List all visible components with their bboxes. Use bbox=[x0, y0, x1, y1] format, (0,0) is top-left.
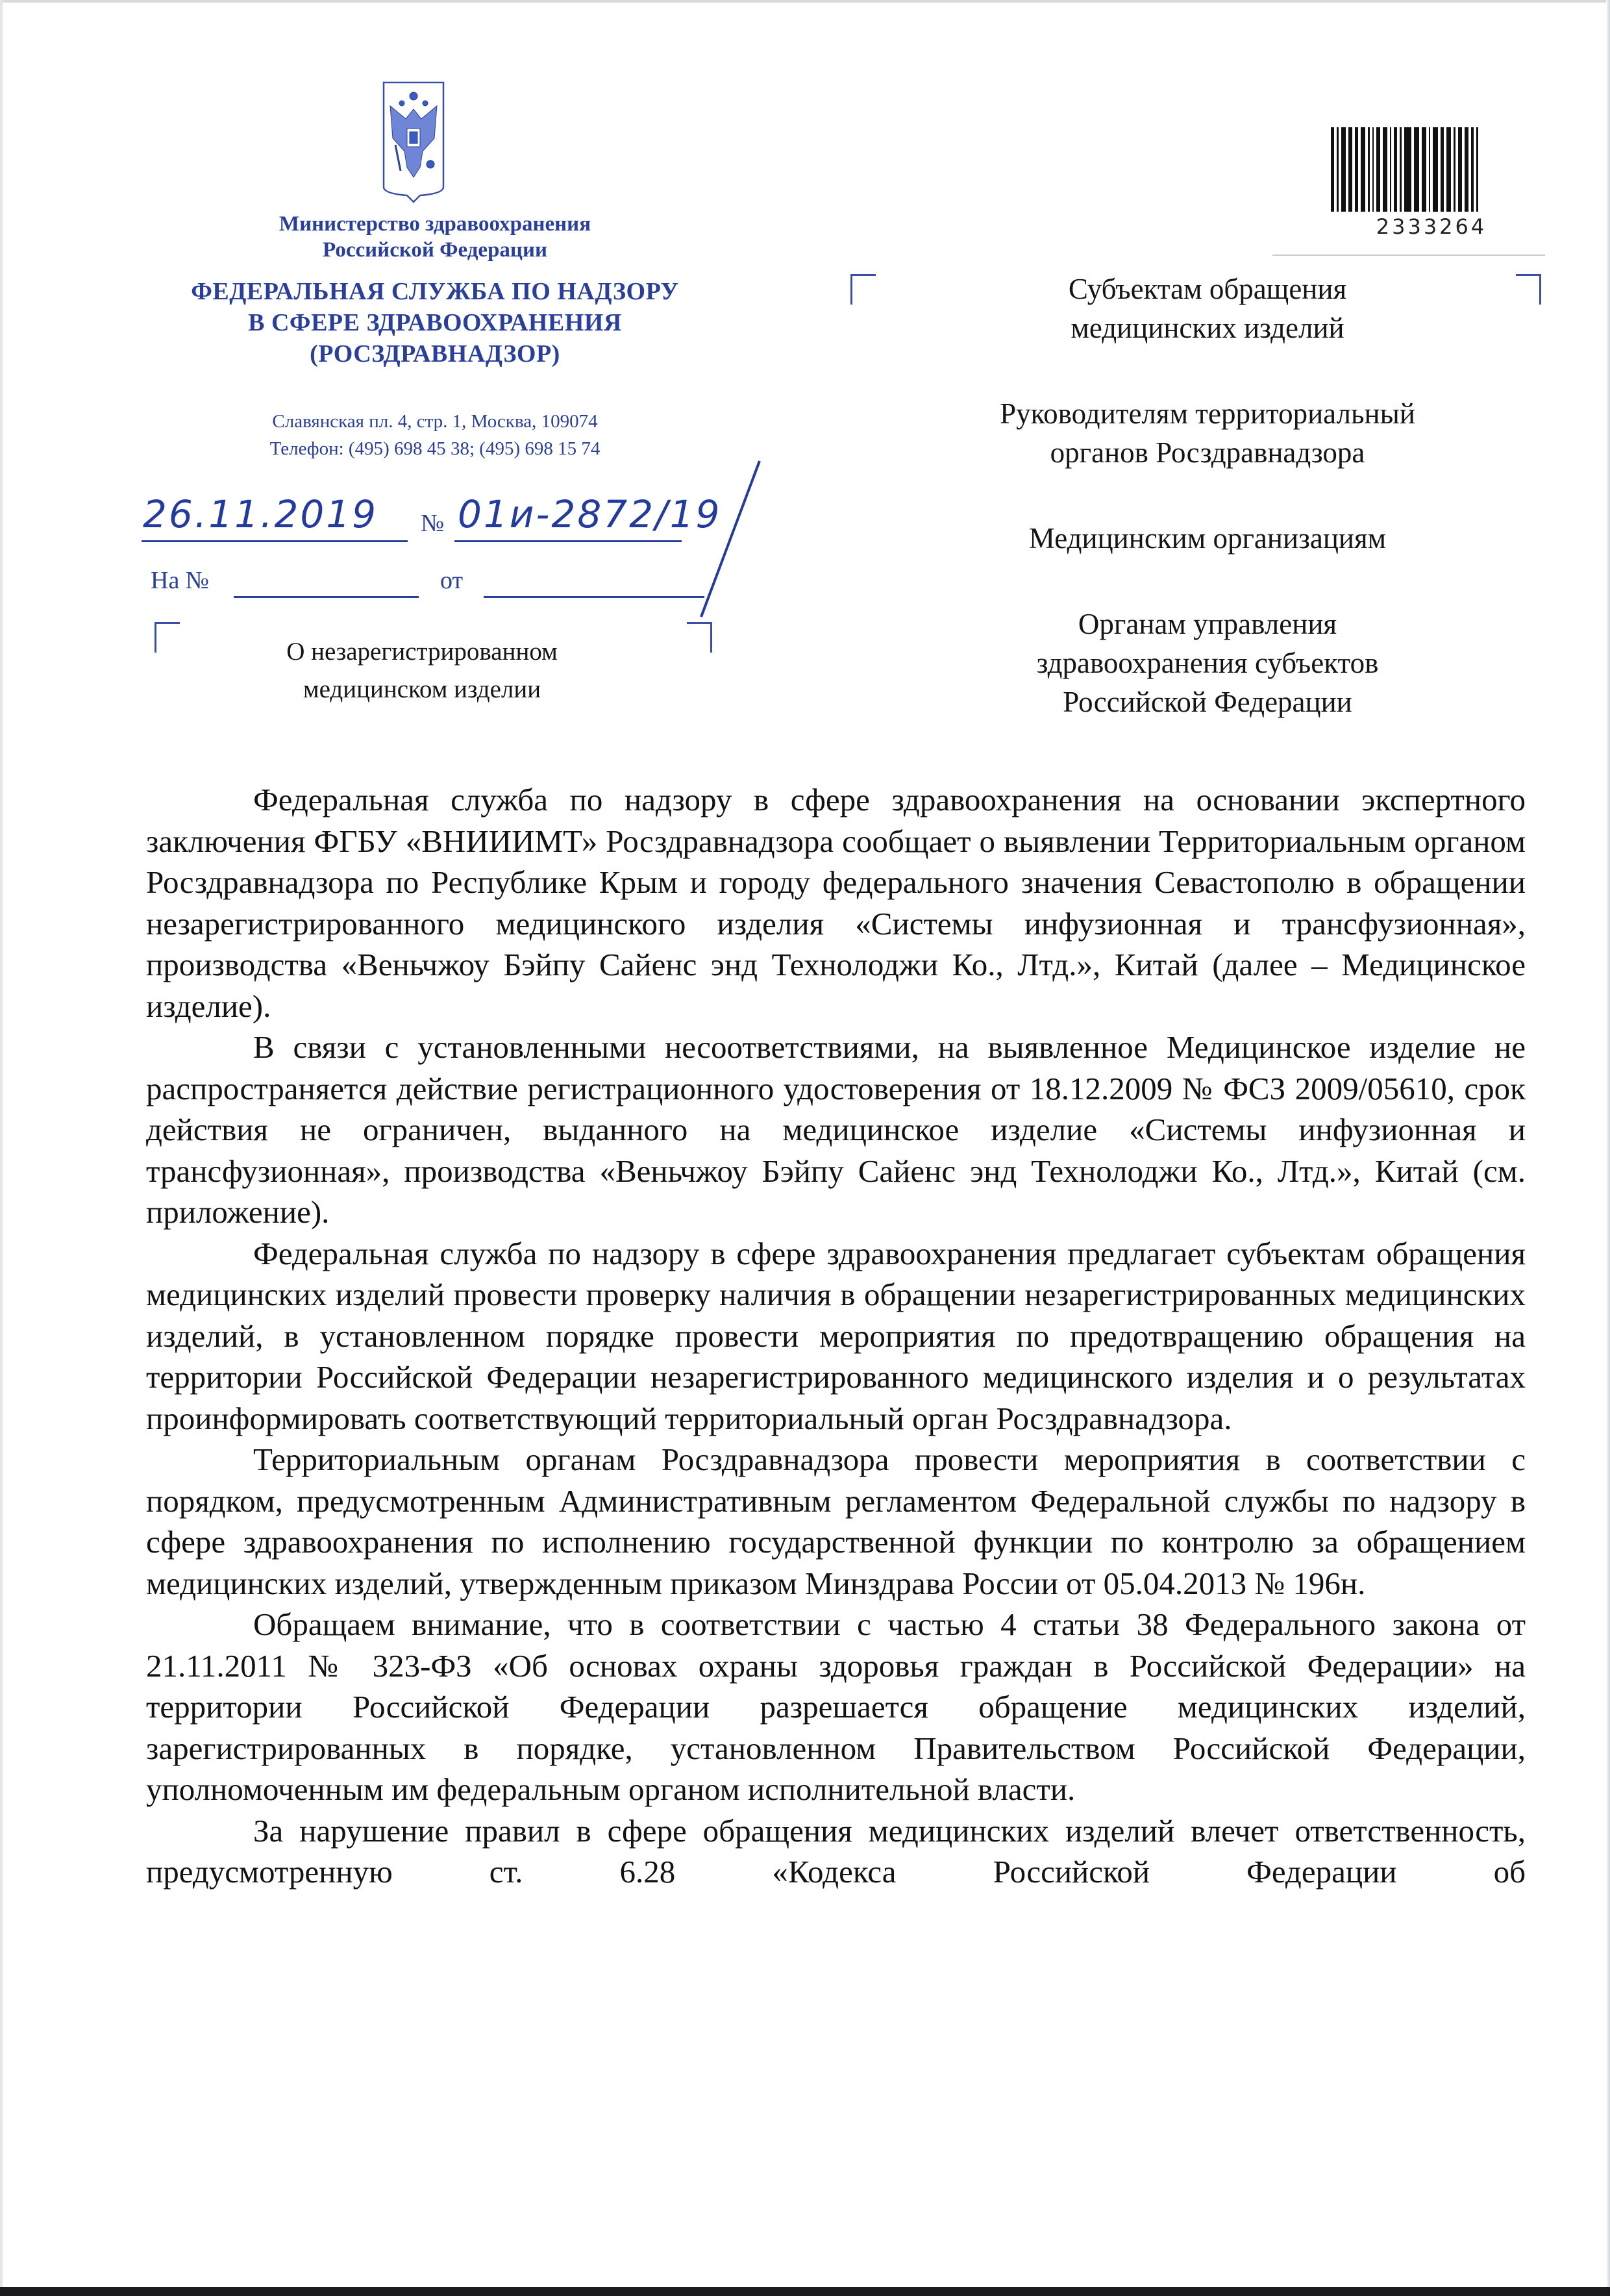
addressee-line: Медицинским организациям bbox=[883, 519, 1532, 558]
page-edge-right bbox=[1606, 0, 1610, 2296]
addressee-line: здравоохранения субъектов bbox=[883, 643, 1532, 682]
agency-phone: Телефон: (495) 698 45 38; (495) 698 15 7… bbox=[169, 435, 701, 462]
page-edge-left bbox=[0, 0, 3, 2296]
reply-from-underline bbox=[484, 596, 704, 598]
addressee-item: Субъектам обращения медицинских изделий bbox=[883, 269, 1532, 347]
coat-of-arms-icon bbox=[381, 80, 446, 203]
barcode-number: 2333264 bbox=[1360, 214, 1503, 239]
agency-line-3: (РОСЗДРАВНАДЗОР) bbox=[130, 338, 740, 369]
number-sign-label: № bbox=[421, 509, 444, 538]
body-paragraph-6: За нарушение правил в сфере обращения ме… bbox=[146, 1810, 1526, 1893]
addressee-item: Руководителям территориальный органов Ро… bbox=[883, 394, 1532, 472]
letter-subject: О незарегистрированном медицинском издел… bbox=[149, 633, 695, 708]
addressee-bracket-left bbox=[850, 274, 876, 305]
subject-line-2: медицинском изделии bbox=[149, 671, 695, 708]
agency-contacts: Славянская пл. 4, стр. 1, Москва, 109074… bbox=[169, 408, 701, 462]
reply-to-label: На № bbox=[151, 566, 209, 595]
agency-address: Славянская пл. 4, стр. 1, Москва, 109074 bbox=[169, 408, 701, 435]
ministry-line-1: Министерство здравоохранения bbox=[195, 211, 675, 237]
reply-reference: На № от bbox=[130, 564, 844, 603]
addressee-line: органов Росздравнадзора bbox=[883, 433, 1532, 472]
addressee-line: Руководителям территориальный bbox=[883, 394, 1532, 433]
body-paragraph-2: В связи с установленными несоответствиям… bbox=[146, 1027, 1526, 1233]
date-underline bbox=[142, 540, 408, 542]
addressee-line: Органам управления bbox=[883, 605, 1532, 643]
reply-to-underline bbox=[234, 596, 419, 598]
agency-line-2: В СФЕРЕ ЗДРАВООХРАНЕНИЯ bbox=[130, 307, 740, 338]
addressee-item: Органам управления здравоохранения субъе… bbox=[883, 605, 1532, 721]
body-paragraph-1: Федеральная служба по надзору в сфере зд… bbox=[146, 779, 1526, 1027]
agency-name: ФЕДЕРАЛЬНАЯ СЛУЖБА ПО НАДЗОРУ В СФЕРЕ ЗД… bbox=[130, 276, 740, 369]
addressee-block: Субъектам обращения медицинских изделий … bbox=[883, 269, 1532, 768]
agency-line-1: ФЕДЕРАЛЬНАЯ СЛУЖБА ПО НАДЗОРУ bbox=[130, 276, 740, 307]
ministry-name: Министерство здравоохранения Российской … bbox=[195, 211, 675, 263]
body-paragraph-5: Обращаем внимание, что в соответствии с … bbox=[146, 1604, 1526, 1810]
outgoing-number: 01и-2872/19 bbox=[458, 492, 721, 536]
reply-from-label: от bbox=[440, 566, 463, 595]
addressee-line: медицинских изделий bbox=[883, 308, 1532, 347]
outgoing-date: 26.11.2019 bbox=[143, 492, 378, 536]
addressee-line: Субъектам обращения bbox=[883, 269, 1532, 308]
addressee-line: Российской Федерации bbox=[883, 682, 1532, 721]
page-edge-top bbox=[0, 0, 1610, 3]
barcode-icon bbox=[1331, 127, 1529, 212]
number-underline bbox=[454, 540, 682, 542]
ministry-line-2: Российской Федерации bbox=[195, 237, 675, 263]
barcode-divider bbox=[1272, 255, 1545, 256]
page-edge-bottom bbox=[0, 2287, 1610, 2296]
addressee-item: Медицинским организациям bbox=[883, 519, 1532, 558]
letter-body: Федеральная служба по надзору в сфере зд… bbox=[146, 779, 1526, 1893]
subject-line-1: О незарегистрированном bbox=[149, 633, 695, 671]
body-paragraph-4: Территориальным органам Росздравнадзора … bbox=[146, 1439, 1526, 1604]
body-paragraph-3: Федеральная служба по надзору в сфере зд… bbox=[146, 1233, 1526, 1440]
